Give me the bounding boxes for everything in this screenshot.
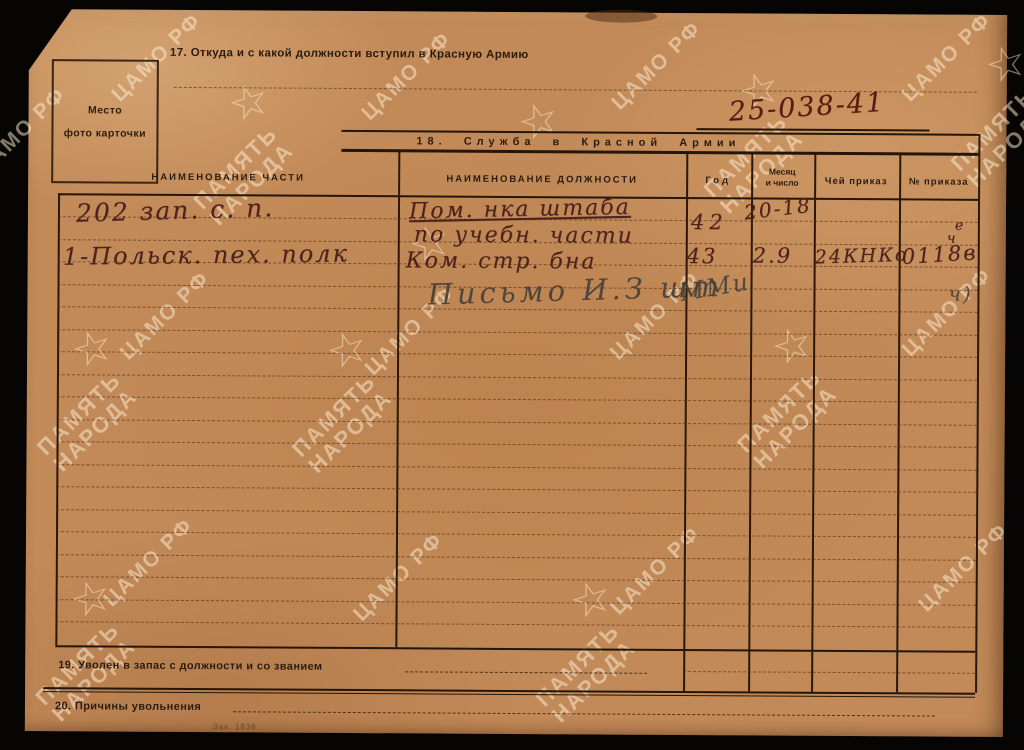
field-17-label: 17. Откуда и с какой должности вступил в…	[170, 47, 529, 61]
watermark-star-icon: ☆	[978, 31, 1024, 96]
record-number-underline	[696, 128, 929, 131]
field-19-label: 19. Уволен в запас с должности и со зван…	[58, 659, 322, 673]
ruled-line	[56, 576, 976, 583]
ruled-line	[57, 329, 977, 336]
watermark-camo-rf: ЦАМО РФ	[914, 519, 1013, 617]
watermark-star-icon: ☆	[221, 69, 279, 134]
handwritten-unit-row2: 1-Польск. пех. полк	[63, 239, 349, 270]
column-header-order-no: № приказа	[901, 176, 976, 187]
watermark-star-icon: ☆	[64, 315, 122, 380]
handwritten-position-row1-line1: Пом. нка штаба	[409, 195, 631, 224]
photo-box-label-1: Место	[54, 104, 157, 117]
handwritten-order-sup2: ч	[947, 231, 958, 247]
column-header-month-day-1: Месяц	[753, 166, 811, 176]
watermark-camo-rf: ЦАМО РФ	[607, 17, 706, 115]
watermark-layer: ЦАМО РФЦАМО РФЦАМО РФЦАМО РФЦАМО РФЦАМО …	[29, 9, 1007, 15]
watermark-pamyat-naroda: ПАМЯТЬНАРОДА	[34, 368, 142, 476]
ruled-line	[57, 419, 977, 426]
handwritten-position-row1-line2: по учебн. части	[414, 222, 634, 248]
handwritten-date-row2: 2.9	[753, 243, 793, 267]
handwritten-unit-row1: 202 зап. с. п.	[76, 193, 275, 228]
ruled-line	[56, 554, 976, 561]
table-mid-solid-line	[55, 645, 975, 653]
record-card-paper: ЦАМО РФЦАМО РФЦАМО РФЦАМО РФЦАМО РФЦАМО …	[25, 9, 1007, 737]
handwritten-year-row1: 42	[691, 210, 728, 234]
watermark-star-icon: ☆	[319, 317, 377, 382]
handwritten-year-row2: 43	[687, 244, 718, 268]
photo-placeholder-box: Место фото карточки	[51, 59, 159, 184]
watermark-star-icon: ☆	[563, 566, 621, 631]
column-header-unit: НАИМЕНОВАНИЕ ЧАСТИ	[88, 171, 368, 184]
ruled-line	[56, 531, 976, 538]
scanned-document: ЦАМО РФЦАМО РФЦАМО РФЦАМО РФЦАМО РФЦАМО …	[0, 0, 1024, 750]
ruled-line	[57, 351, 977, 358]
ruled-line	[56, 599, 976, 606]
pencil-order-mark: ч)	[948, 282, 972, 306]
column-header-month-day-2: и число	[753, 177, 811, 187]
ruled-line	[55, 621, 975, 628]
watermark-camo-rf: ЦАМО РФ	[357, 27, 456, 125]
watermark-camo-rf: ЦАМО РФ	[606, 522, 705, 620]
watermark-camo-rf: ЦАМО РФ	[99, 514, 198, 612]
column-header-position: НАИМЕНОВАНИЕ ДОЛЖНОСТИ	[412, 173, 672, 186]
handwritten-whose-order-row2: 24КНКо	[814, 244, 908, 269]
ruled-line	[56, 486, 976, 493]
field-20-answer-line	[233, 711, 935, 716]
table-top-border	[341, 149, 978, 155]
column-header-whose-order: Чей приказ	[816, 176, 896, 187]
section-18-title: 18. Служба в Красной Армии	[416, 135, 740, 149]
printer-imprint: Зак. 1836	[213, 722, 257, 731]
watermark-pamyat-naroda: ПАМЯТЬНАРОДА	[947, 84, 1024, 192]
ruled-line	[57, 374, 977, 381]
table-right-border	[975, 134, 980, 693]
field-20-label: 20. Причины увольнения	[55, 700, 201, 713]
handwritten-position-row2: Ком. стр. бна	[406, 248, 597, 274]
ruled-lines-layer	[29, 9, 1007, 15]
edge-smudge	[585, 9, 657, 22]
watermark-pamyat-naroda: ПАМЯТЬНАРОДА	[289, 370, 397, 478]
ruled-line	[57, 396, 977, 403]
photo-box-label-2: фото карточки	[53, 127, 156, 140]
watermark-camo-rf: ЦАМО РФ	[116, 267, 215, 365]
handwritten-record-number: 25-038-41	[728, 87, 886, 128]
ruled-line	[56, 464, 976, 471]
ruled-line	[56, 509, 976, 516]
handwritten-order-no-row2: 0118в	[901, 240, 978, 269]
watermark-star-icon: ☆	[63, 565, 121, 630]
field-19-answer-line	[405, 671, 647, 673]
ruled-line	[57, 441, 977, 448]
footer-row-dashed-line	[683, 671, 975, 674]
column-header-year: Год	[688, 175, 748, 186]
